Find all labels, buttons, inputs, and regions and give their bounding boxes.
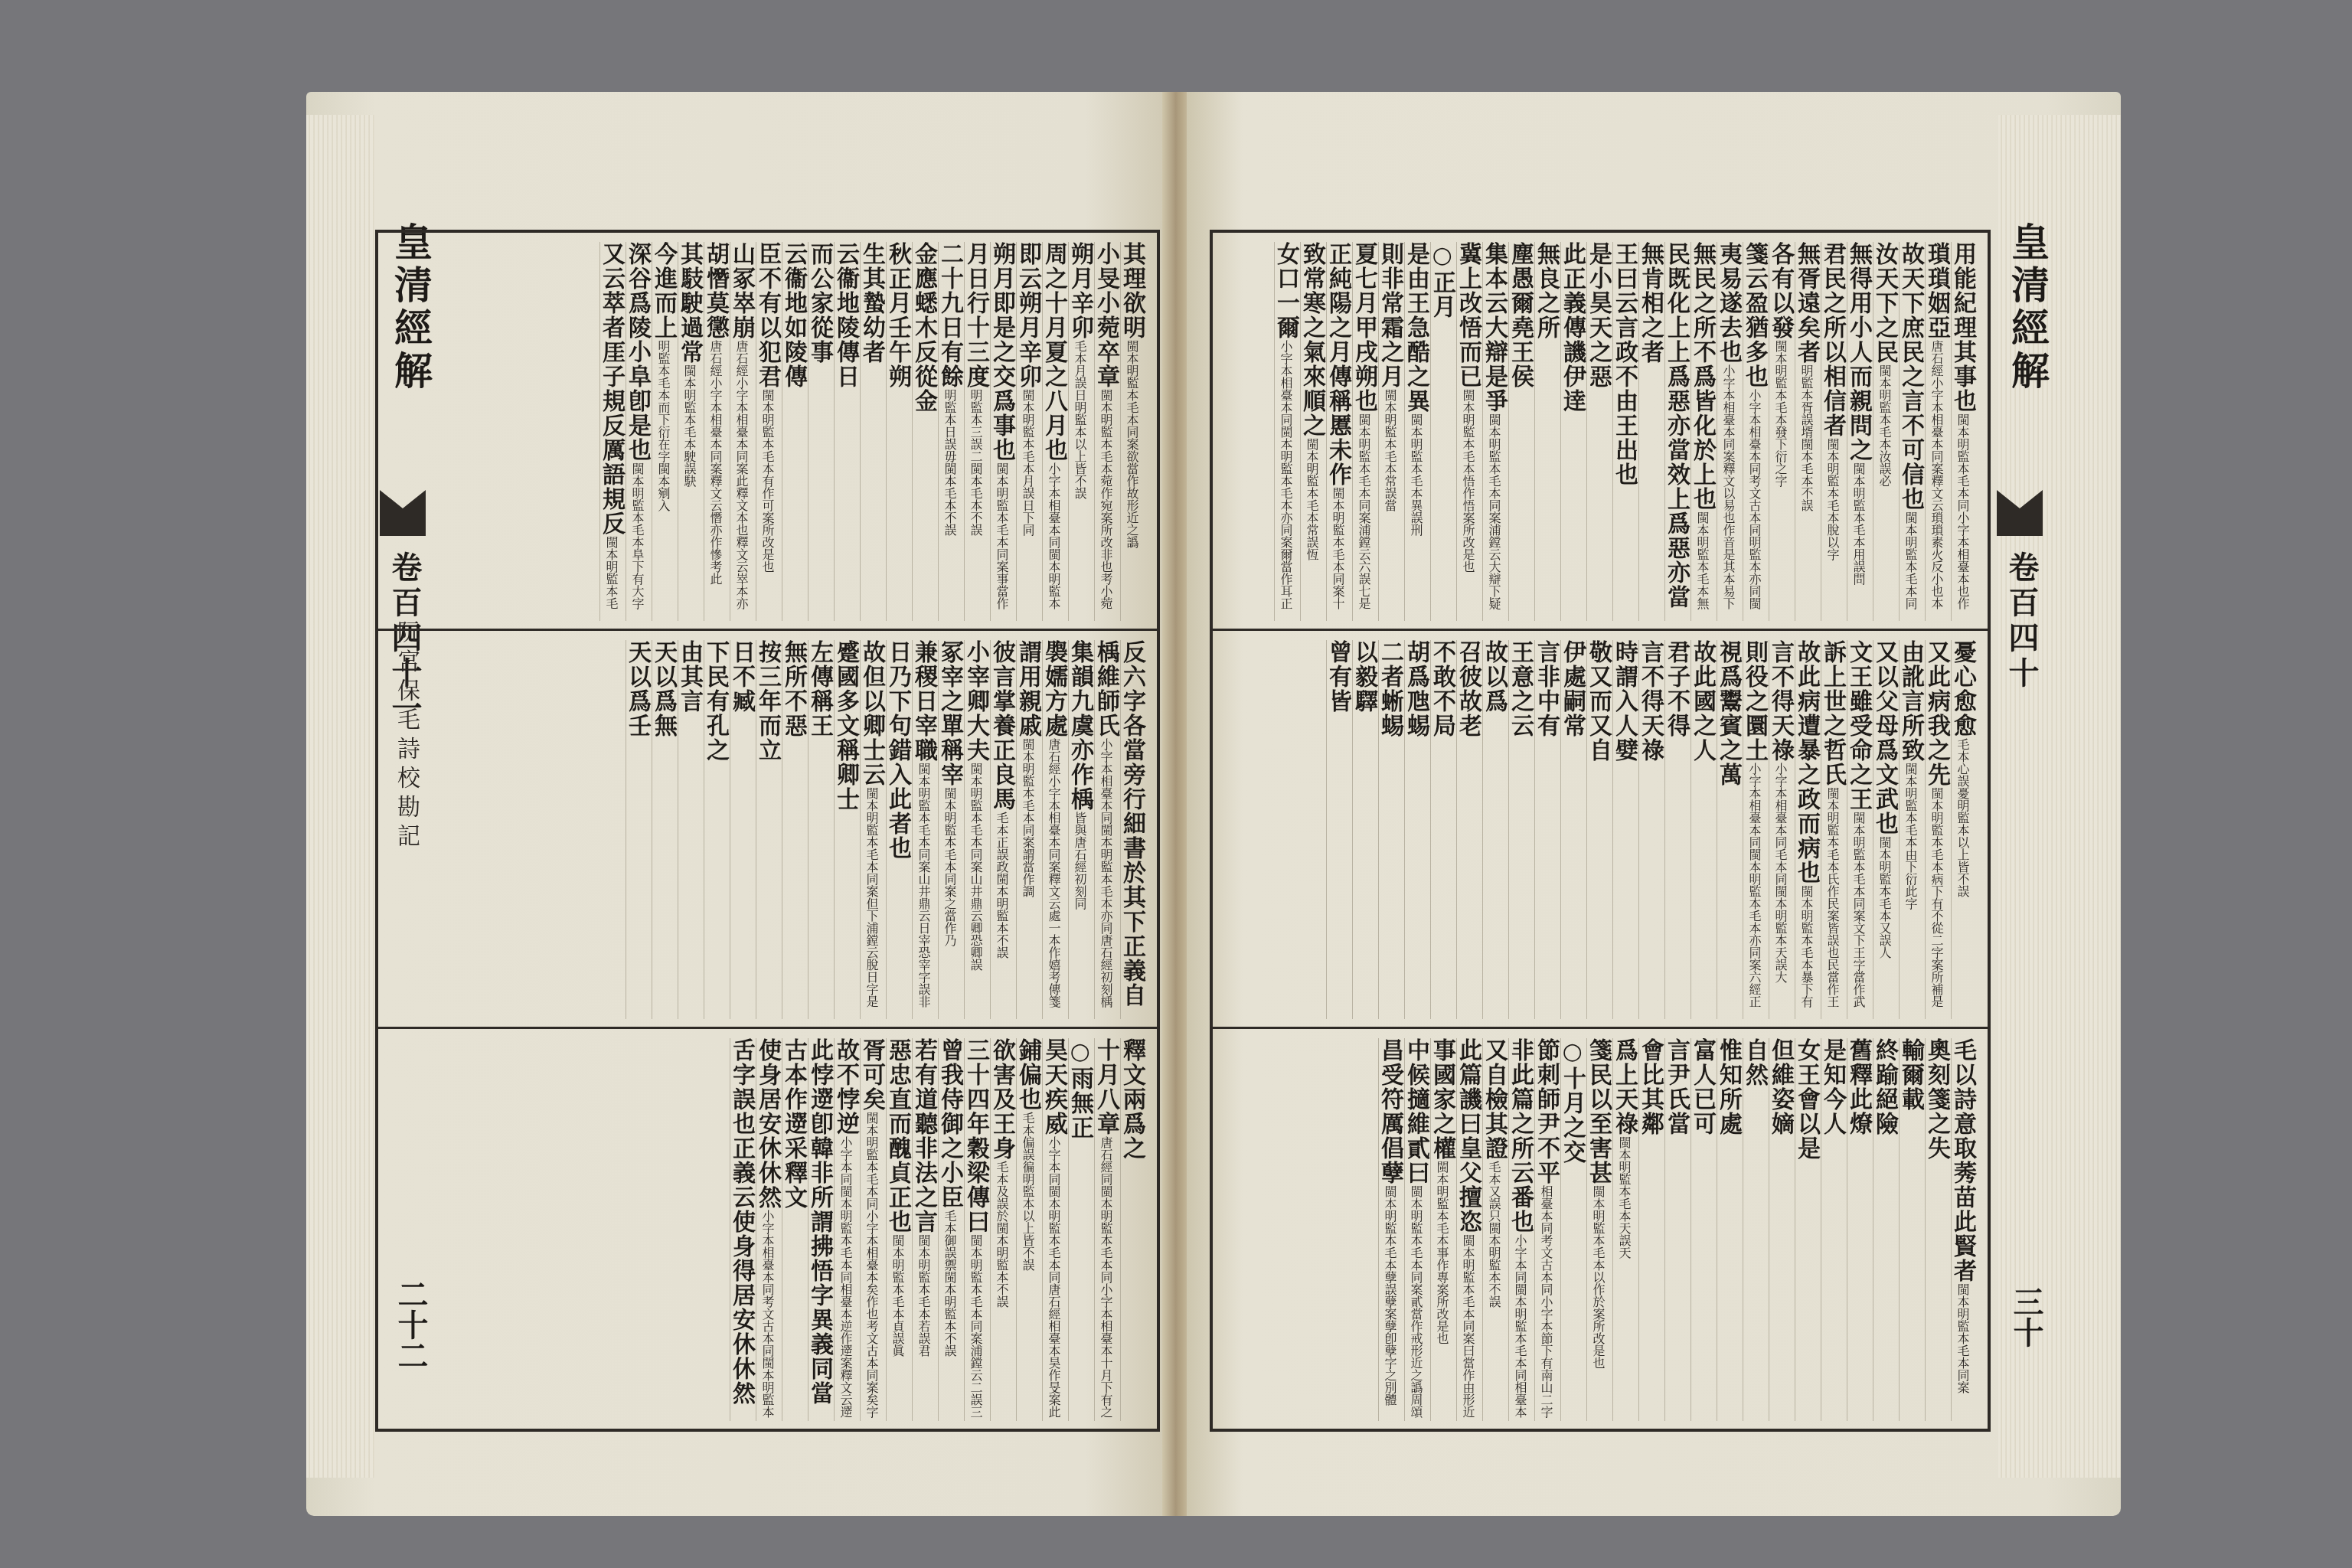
entry-heading: 昊天疾威	[1042, 1038, 1067, 1136]
text-column: 其馶駛過常閩本明監本毛本駛誤駃	[678, 242, 704, 621]
entry-heading: 反六字各當旁行細書於其下正義自爲音者例如此	[1120, 640, 1145, 1008]
text-column: 用能紀理其事也閩本明監本毛本同小字本相臺本也作者考文古本同案者字是也考此箋以紀說…	[1951, 242, 1977, 621]
text-column: 瑣瑣姻亞唐石經小字本相臺本同案釋文云瑣瑣素火反小也本或作璅非也璅音早考文古本作璅…	[1925, 242, 1951, 621]
text-column: 秋正月壬午朔	[886, 242, 912, 621]
entry-annotation: 閩本明監本毛本孽誤孽案孽卽孽字之別體	[1383, 1185, 1397, 1406]
entry-annotation: 閩本明監本毛本天誤天	[1617, 1136, 1632, 1259]
text-column: 伊處嗣常	[1560, 640, 1586, 1019]
entry-annotation: 毛本月誤日明監本以上皆不誤	[1073, 340, 1087, 499]
entry-annotation: 毛本正誤政閩本明監本不誤	[995, 812, 1009, 959]
text-column: 曾我侍御之小臣毛本御誤禦閩本明監本不誤	[938, 1038, 964, 1421]
text-column: 惡忠直而醜貞正也閩本明監本毛本貞誤眞	[886, 1038, 912, 1421]
entry-heading: 用能紀理其事也	[1951, 242, 1976, 413]
text-column: 小旻小菀卒章閩本明監本毛本菀作宛案所改非也考小菀釋文本作菀通志堂改作宛	[1094, 242, 1120, 621]
entry-heading: 二者蜥蜴	[1378, 640, 1403, 738]
entry-heading: 云衞地如陵傳	[782, 242, 807, 389]
entry-heading: 但維姿嫡	[1769, 1038, 1794, 1136]
entry-heading: 無胥遠矣者	[1795, 242, 1820, 364]
entry-heading: 事國家之權	[1430, 1038, 1455, 1161]
text-column: 楀維師氏小字本相臺本同閩本明監本毛本亦同唐石經初刻楀後改楀案五經文字木部云楀氏也…	[1094, 640, 1120, 1019]
entry-heading: 女口一爾	[1274, 242, 1299, 340]
text-column: 二者蜥蜴	[1378, 640, 1404, 1019]
text-column: ○十月之交	[1560, 1038, 1586, 1421]
entry-heading: 此篇譏曰皇父擅恣	[1456, 1038, 1481, 1234]
text-column: 非此篇之所云番也小字本同閩本明監本毛本同相臺本之下有內字案相臺本衍也	[1508, 1038, 1534, 1421]
text-column: 而公家從事	[808, 242, 834, 621]
entry-annotation: 閩本明監本毛本悟作悟案所改是也	[1461, 389, 1475, 573]
text-column: 此正義傳譏伊逹	[1560, 242, 1586, 621]
text-column: 憂心愈愈毛本心誤憂明監本以上皆不誤	[1951, 640, 1977, 1019]
text-column: 山冢崒崩唐石經小字本相臺本同案此釋文本也釋文云崒本亦作卒考正義本是崒字正義云崒者…	[730, 242, 756, 621]
right-band-top: 用能紀理其事也閩本明監本毛本同小字本相臺本也作者考文古本同案者字是也考此箋以紀說…	[1213, 233, 1988, 631]
text-column: 但維姿嫡	[1769, 1038, 1795, 1421]
entry-annotation: 閩本明監本毛本同案之當作乃	[942, 787, 957, 946]
text-column: 言不得天祿小字本相臺本同毛本同閩本明監本天誤大	[1769, 640, 1795, 1019]
entry-heading: 按三年而立	[756, 640, 781, 763]
right-page: 用能紀理其事也閩本明監本毛本同小字本相臺本也作者考文古本同案者字是也考此箋以紀說…	[1187, 92, 2121, 1516]
entry-heading: 朔月辛卯	[1068, 242, 1093, 340]
text-column: 以毅驛	[1352, 640, 1378, 1019]
text-column: 塵愚爾堯王侯	[1508, 242, 1534, 621]
entry-heading: 生其蟄幼者	[860, 242, 885, 364]
entry-heading: 蹙國多文稱卿士	[834, 640, 859, 812]
text-column: 訴上世之哲氏閩本明監本毛本氏作民案皆誤也民當作王與上武字互換而又有譌也	[1821, 640, 1847, 1019]
text-column: 左傳稱王	[808, 640, 834, 1019]
right-band-bottom: 毛以詩意取莠苗此賢者閩本明監本毛本同案奧刻箋之失輸爾載終踰絕險舊釋此燎是知今人女…	[1213, 1029, 1988, 1429]
text-column: 時謂入人嬖	[1612, 640, 1638, 1019]
entry-heading: 褜嬬方處	[1042, 640, 1067, 738]
entry-heading: 古本作遻采釋文	[782, 1038, 807, 1210]
entry-heading: 故但以卿士云	[860, 640, 885, 787]
entry-heading: 故以爲	[1482, 640, 1508, 714]
entry-heading: 謂用親戚	[1016, 640, 1041, 738]
entry-heading: 無得用小人而親問之	[1847, 242, 1872, 462]
text-column: 節刺師尹不平相臺本同考文古本同小字本節下有南山二字閩本明監本毛本節下有彼字案皆衍…	[1534, 1038, 1560, 1421]
text-column: 胡爲虺蜴	[1404, 640, 1430, 1019]
entry-annotation: 明監本胥誤壻閩本毛本不誤	[1799, 364, 1814, 511]
entry-heading: 舌字誤也正義云使身得居安休休然可證	[730, 1038, 755, 1406]
text-column: 日不臧	[730, 640, 756, 1019]
text-column: 十月八章唐石經同閩本明監本毛本同小字本相臺本十月下有之交二字案有者是也序有可證	[1094, 1038, 1120, 1421]
text-column: 集本云大辯是爭閩本明監本毛本同案浦鏜云大辯下疑脫辯字是也本當作注見前	[1482, 242, 1508, 621]
text-column: 其理欲明閩本明監本毛本同案欲當作故形近之譌	[1120, 242, 1146, 621]
entry-heading: 是知今人	[1821, 1038, 1846, 1136]
entry-annotation: 閩本明監本毛本同案欲當作故形近之譌	[1125, 340, 1139, 548]
entry-heading: 不敢不局	[1430, 640, 1455, 738]
entry-annotation: 閩本明監本毛本發下衍之字	[1773, 340, 1788, 487]
text-column: 視爲鬻賓之萬	[1717, 640, 1743, 1019]
entry-annotation: 閩本明監本毛本事作專案所改是也	[1435, 1161, 1449, 1344]
entry-heading: 夏七月甲戌朔也	[1352, 242, 1377, 413]
entry-heading: 是小昊天之惡	[1586, 242, 1612, 389]
right-text-frame: 用能紀理其事也閩本明監本毛本同小字本相臺本也作者考文古本同案者字是也考此箋以紀說…	[1210, 230, 1991, 1432]
entry-heading: 又以父母爲文武也	[1873, 640, 1898, 836]
entry-annotation: 閩本明監本毛本由下衍此字	[1903, 763, 1918, 910]
text-column: 周之十月夏之八月也小字本相臺本同閩本明監本毛本同案釋文以夏八作音正義云兩雖此周十…	[1042, 242, 1068, 621]
entry-annotation: 閩本明監本毛本同案謂當作調	[1021, 738, 1035, 897]
entry-heading: 今進而上	[652, 242, 677, 340]
left-page-edges	[306, 115, 375, 1478]
entry-heading: 舊釋此燎	[1847, 1038, 1872, 1136]
entry-heading: 又此病我之先	[1925, 640, 1950, 787]
text-column: 則非常霜之月閩本明監本毛本常誤當	[1378, 242, 1404, 621]
entry-heading: 箋民以至害甚	[1586, 1038, 1612, 1185]
entry-annotation: 明監本毛本而下衍在字閩本剜入	[656, 340, 671, 511]
entry-heading: 曾有皆	[1326, 640, 1351, 714]
entry-heading: 朔月即是之交爲事也	[990, 242, 1015, 462]
entry-heading: 箋云盈猶多也	[1743, 242, 1768, 389]
entry-heading: 王曰云言政不由王出也	[1612, 242, 1638, 487]
text-column: 反六字各當旁行細書於其下正義自爲音者例如此	[1120, 640, 1146, 1019]
entry-heading: 惡忠直而醜貞正也	[886, 1038, 911, 1234]
entry-heading: 爲上天祿	[1612, 1038, 1638, 1136]
left-band-middle: 反六字各當旁行細書於其下正義自爲音者例如此楀維師氏小字本相臺本同閩本明監本毛本亦…	[378, 631, 1157, 1029]
entry-heading: 以毅驛	[1352, 640, 1377, 714]
entry-heading: 天以爲無	[652, 640, 677, 738]
entry-annotation: 皆與唐石經初刻同	[1073, 812, 1087, 910]
entry-heading: 欲害及王身	[990, 1038, 1015, 1161]
entry-heading: 敬又而又自	[1586, 640, 1612, 763]
entry-annotation: 閩本明監本毛本常誤恆	[1305, 438, 1319, 560]
entry-annotation: 毛本偏誤徧明監本以上皆不誤	[1021, 1112, 1035, 1271]
text-column: 昊天疾威小字本同閩本明監本毛本同唐石經相臺本昊作旻案此釋文本也釋文云旻天疾威本有…	[1042, 1038, 1068, 1421]
text-column: 朔月即是之交爲事也閩本明監本毛本同案事當作會	[990, 242, 1016, 621]
entry-heading: 又自檢其證	[1482, 1038, 1508, 1161]
entry-heading: 胥可矣	[860, 1038, 885, 1112]
entry-heading: 王意之云	[1508, 640, 1534, 738]
text-column: 使身居安休休然小字本相臺本同考文古本同閩本明監本毛本居作舌十行本初刻居後改舌案	[756, 1038, 782, 1421]
entry-heading: 言不得天祿	[1638, 640, 1664, 763]
entry-heading: ○雨無正	[1068, 1038, 1093, 1140]
entry-annotation: 閩本明監本毛本同案	[1955, 1283, 1970, 1393]
entry-heading: 無所不惡	[782, 640, 807, 738]
text-column: 中候擿維貳曰閩本明監本毛本同案貳當作戒形近之譌周頌譜正義引擿維戒可證	[1404, 1038, 1430, 1421]
entry-heading: 冀上改悟而已	[1456, 242, 1481, 389]
entry-heading: 文王雖受命之王	[1847, 640, 1872, 812]
text-column: 故天下庶民之言不可信也閩本明監本毛本同案經作弗傳云庶民之言不可信以不解弗也故正義…	[1899, 242, 1925, 621]
entry-heading: 富人已可	[1690, 1038, 1716, 1136]
text-column: ○正月	[1430, 242, 1456, 621]
entry-heading: 金應蟋木反從金	[912, 242, 937, 413]
entry-heading: 視爲鬻賓之萬	[1717, 640, 1742, 787]
text-column: 故但以卿士云閩本明監本毛本同案但下浦鏜云脫日字是也當在上句又誤作日	[860, 640, 886, 1019]
text-column: 會比其鄰	[1638, 1038, 1664, 1421]
entry-heading: 輸爾載	[1899, 1038, 1924, 1112]
left-text-frame: 其理欲明閩本明監本毛本同案欲當作故形近之譌小旻小菀卒章閩本明監本毛本菀作宛案所改…	[375, 230, 1160, 1432]
entry-heading: 胡憯莫懲	[704, 242, 729, 340]
entry-heading: 無肯相之者	[1638, 242, 1664, 364]
entry-heading: 君子不得	[1664, 640, 1690, 738]
entry-annotation: 毛本及誤於閩本明監本不誤	[995, 1161, 1009, 1308]
open-book: 皇清經解 卷百四十一 阮宮保毛詩校勘記 二十二 其理欲明閩本明監本毛本同案欲當作…	[306, 92, 2121, 1516]
entry-heading: 無民之所不爲皆化於上也	[1690, 242, 1716, 511]
entry-heading: 非此篇之所云番也	[1508, 1038, 1534, 1234]
entry-heading: 即云朔月辛卯	[1016, 242, 1041, 389]
entry-heading: 是由王急酷之異	[1404, 242, 1429, 413]
text-column: 月日行十三度明監本三誤二閩本毛本不誤	[964, 242, 990, 621]
text-column: 釋文兩爲之	[1120, 1038, 1146, 1421]
entry-heading: 云衞地陵傳日	[834, 242, 859, 389]
text-column: 下民有孔之	[704, 640, 730, 1019]
entry-heading: 奧刻箋之失	[1925, 1038, 1950, 1161]
text-column: 臣不有以犯君閩本明監本毛本有作可案所改是也	[756, 242, 782, 621]
text-column: 曾有皆	[1326, 640, 1352, 1019]
text-column: 蹙國多文稱卿士	[834, 640, 860, 1019]
entry-heading: 毛以詩意取莠苗此賢者	[1951, 1038, 1976, 1283]
entry-heading: 塵愚爾堯王侯	[1508, 242, 1534, 389]
entry-annotation: 閩本明監本毛本脫以字	[1825, 438, 1840, 560]
text-column: 則役之圜土小字本相臺本同閩本明監本毛本亦同案六經正誤云作圜誤	[1743, 640, 1769, 1019]
text-column: 無胥遠矣者明監本胥誤壻閩本毛本不誤	[1795, 242, 1821, 621]
text-column: 又以父母爲文武也閩本明監本毛本又誤人	[1873, 640, 1899, 1019]
left-band-bottom: 釋文兩爲之十月八章唐石經同閩本明監本毛本同小字本相臺本十月下有之交二字案有者是也…	[378, 1029, 1157, 1429]
text-column: 深谷爲陵小阜卽是也閩本明監本毛本阜下有大字案所補非也卽當作節耳	[626, 242, 652, 621]
entry-heading: 鋪偏也	[1016, 1038, 1041, 1112]
entry-heading: 召彼故老	[1456, 640, 1481, 738]
entry-heading: 時謂入人嬖	[1612, 640, 1638, 763]
entry-heading: 釋文兩爲之	[1120, 1038, 1145, 1161]
text-column: 又自檢其證毛本又誤只閩本明監本不誤	[1482, 1038, 1508, 1421]
right-margin-volume: 卷百四十	[2000, 551, 2043, 692]
text-column: 惟知所處	[1717, 1038, 1743, 1421]
text-column: 無肯相之者	[1638, 242, 1664, 621]
entry-heading: 言不得天祿	[1769, 640, 1794, 763]
text-column: 鋪偏也毛本偏誤徧明監本以上皆不誤	[1016, 1038, 1042, 1421]
text-column: 褜嬬方處唐石經小字本相臺本同案釋文云處一本作嬉考傳箋一本誤也又此以處與馬爲韻	[1042, 640, 1068, 1019]
entry-annotation: 閩本明監本毛本月誤日下同	[1021, 389, 1035, 536]
text-column: 爲上天祿閩本明監本毛本天誤天	[1612, 1038, 1638, 1421]
entry-annotation: 毛本心誤憂明監本以上皆不誤	[1955, 738, 1970, 897]
entry-heading: ○十月之交	[1560, 1038, 1586, 1165]
text-column: 此悖遻卽韓非所謂拂悟字異義同當以釋文本爲長考文	[808, 1038, 834, 1421]
text-column: 胥可矣閩本明監本毛本同小字本相臺本矣作也考文古本同案矣字誤也	[860, 1038, 886, 1421]
text-column: 終踰絕險	[1873, 1038, 1899, 1421]
entry-heading: 君民之所以相信者	[1821, 242, 1846, 438]
entry-annotation: 閩本明監本毛本同案浦鏜云六誤七是	[1357, 413, 1371, 609]
text-column: 由其言	[678, 640, 704, 1019]
entry-annotation: 閩本明監本毛本常誤當	[1383, 389, 1397, 511]
text-column: 云衞地如陵傳	[782, 242, 808, 621]
entry-annotation: 毛本又誤只閩本明監本不誤	[1487, 1161, 1501, 1308]
entry-annotation: 閩本明監本毛本又誤人	[1877, 836, 1892, 959]
entry-heading: 此悖遻卽韓非所謂拂悟字異義同當以釋文本爲長考文	[808, 1038, 833, 1406]
entry-heading: 中候擿維貳曰	[1404, 1038, 1429, 1185]
entry-heading: 言尹氏當	[1664, 1038, 1690, 1136]
entry-heading: 各有以發	[1769, 242, 1794, 340]
text-column: 王意之云	[1508, 640, 1534, 1019]
entry-heading: 若有道聽非法之言	[912, 1038, 937, 1234]
entry-heading: 深谷爲陵小阜卽是也	[626, 242, 651, 462]
text-column: 舌字誤也正義云使身得居安休休然可證	[730, 1038, 756, 1421]
text-column: 言尹氏當	[1664, 1038, 1690, 1421]
text-column: 自然	[1743, 1038, 1769, 1421]
entry-heading: 秋正月壬午朔	[886, 242, 911, 389]
text-column: 夷易遂去也小字本相臺本同案釋文以易也作音是其本易下有也字考文古本有	[1717, 242, 1743, 621]
entry-heading: 則非常霜之月	[1378, 242, 1403, 389]
text-column: 夏七月甲戌朔也閩本明監本毛本同案浦鏜云六誤七是	[1352, 242, 1378, 621]
left-band-top: 其理欲明閩本明監本毛本同案欲當作故形近之譌小旻小菀卒章閩本明監本毛本菀作宛案所改…	[378, 233, 1157, 631]
text-column: 天以爲無	[652, 640, 678, 1019]
entry-annotation: 閩本明監本毛本貞誤眞	[890, 1234, 905, 1357]
entry-annotation: 閩本明監本毛本若誤君	[916, 1234, 931, 1357]
text-column: 無良之所	[1534, 242, 1560, 621]
entry-heading: 山冢崒崩	[730, 242, 755, 340]
text-column: 是知今人	[1821, 1038, 1847, 1421]
text-column: 君子不得	[1664, 640, 1690, 1019]
entry-heading: 下民有孔之	[704, 640, 729, 763]
text-column: 汝天下之民閩本明監本毛本汝誤必	[1873, 242, 1899, 621]
entry-heading: ○正月	[1430, 242, 1455, 319]
text-column: 文王雖受命之王閩本明監本毛本同案文下王字當作武與下互換	[1847, 640, 1873, 1019]
text-column: 生其蟄幼者	[860, 242, 886, 621]
text-column: 敬又而又自	[1586, 640, 1612, 1019]
text-column: 天以爲壬	[626, 640, 652, 1019]
left-page: 皇清經解 卷百四十一 阮宮保毛詩校勘記 二十二 其理欲明閩本明監本毛本同案欲當作…	[306, 92, 1171, 1516]
entry-heading: 二十九日有餘	[938, 242, 963, 389]
text-column: 欲害及王身毛本及誤於閩本明監本不誤	[990, 1038, 1016, 1421]
text-column: 是由王急酷之異閩本明監本毛本異誤刑	[1404, 242, 1430, 621]
text-column: 昌受符厲倡孽閩本明監本毛本孽誤孽案孽卽孽字之別體	[1378, 1038, 1404, 1421]
right-band-middle: 憂心愈愈毛本心誤憂明監本以上皆不誤又此病我之先閩本明監本毛本病下有不從二字案所補…	[1213, 631, 1988, 1029]
text-column: 女口一爾小字本相臺本同閩本明監本毛本亦同案爾當作耳正義云女口一耳是其證	[1274, 242, 1300, 621]
text-column: 言非中有	[1534, 640, 1560, 1019]
text-column: 故以爲	[1482, 640, 1508, 1019]
entry-heading: 夷易遂去也	[1717, 242, 1742, 364]
entry-annotation: 明監本三誤二閩本毛本不誤	[969, 389, 983, 536]
text-column: 正純陽之月傳稱慝未作閩本明監本毛本同案十行本之王稱剜添者一字	[1326, 242, 1352, 621]
entry-heading: 其馶駛過常	[678, 242, 703, 364]
text-column: 各有以發閩本明監本毛本發下衍之字	[1769, 242, 1795, 621]
text-column: 冢宰之單稱宰閩本明監本毛本同案之當作乃	[938, 640, 964, 1019]
entry-annotation: 唐石經小字本相臺本同案釋文云憯亦作慘考此	[708, 340, 723, 585]
entry-heading: 兼稷日宰職	[912, 640, 937, 763]
entry-heading: 三十四年穀梁傳曰	[964, 1038, 989, 1234]
entry-heading: 其理欲明	[1120, 242, 1145, 340]
entry-heading: 小旻小菀卒章	[1094, 242, 1119, 389]
entry-heading: 無良之所	[1534, 242, 1560, 340]
text-column: 事國家之權閩本明監本毛本事作專案所改是也	[1430, 1038, 1456, 1421]
text-column: 朔月辛卯毛本月誤日明監本以上皆不誤	[1068, 242, 1094, 621]
entry-heading: 由訛言所致	[1899, 640, 1924, 763]
entry-heading: 日不臧	[730, 640, 755, 714]
text-column: 三十四年穀梁傳曰閩本明監本毛本同案浦鏜云二誤三上脫襄字是也	[964, 1038, 990, 1421]
text-column: 二十九日有餘明監本日誤毋閩本毛本不誤	[938, 242, 964, 621]
entry-heading: 則役之圜土	[1743, 640, 1768, 763]
entry-heading: 而公家從事	[808, 242, 833, 364]
entry-heading: 終踰絕險	[1873, 1038, 1898, 1136]
entry-heading: 又云萃者厓子規反厲語規反	[599, 242, 625, 536]
entry-heading: 昌受符厲倡孽	[1378, 1038, 1403, 1185]
entry-annotation: 明監本日誤毋閩本毛本不誤	[942, 389, 957, 536]
entry-heading: 左傳稱王	[808, 640, 833, 738]
entry-heading: 此正義傳譏伊逹	[1560, 242, 1586, 413]
entry-heading: 日乃下句錯入此者也	[886, 640, 911, 861]
text-column: 奧刻箋之失	[1925, 1038, 1951, 1421]
entry-heading: 故不悖逆	[834, 1038, 859, 1136]
text-column: 按三年而立	[756, 640, 782, 1019]
entry-heading: 惟知所處	[1717, 1038, 1742, 1136]
text-column: 云衞地陵傳日	[834, 242, 860, 621]
entry-heading: 會比其鄰	[1638, 1038, 1664, 1136]
text-column: 今進而上明監本毛本而下衍在字閩本剜入	[652, 242, 678, 621]
entry-heading: 言非中有	[1534, 640, 1560, 738]
text-column: 無所不惡	[782, 640, 808, 1019]
text-column: 兼稷日宰職閩本明監本毛本同案山井鼎云日宰恐宰字誤非也此唯宰爲宰字誤耳其日字當作	[912, 640, 938, 1019]
entry-annotation: 閩本明監本毛本以作於案所改是也	[1591, 1185, 1606, 1369]
text-column: 日乃下句錯入此者也	[886, 640, 912, 1019]
entry-heading: 由其言	[678, 640, 703, 714]
entry-annotation: 毛本御誤禦閩本明監本不誤	[942, 1210, 957, 1357]
text-column: 君民之所以相信者閩本明監本毛本脫以字	[1821, 242, 1847, 621]
entry-heading: 冢宰之單稱宰	[938, 640, 963, 787]
text-column: 舊釋此燎	[1847, 1038, 1873, 1421]
text-column: 無民之所不爲皆化於上也閩本明監本毛本無字在之下案皆誤也當云民之所爲無不皆化於上也	[1690, 242, 1717, 621]
text-column: 輸爾載	[1899, 1038, 1925, 1421]
text-column: 小宰卿大夫閩本明監本毛本同案山井鼎云卿恐卿誤	[964, 640, 990, 1019]
entry-heading: 小宰卿大夫	[964, 640, 989, 763]
entry-annotation: 閩本明監本毛本異誤刑	[1409, 413, 1423, 536]
text-column: 故此病遭暴之政而病也閩本明監本毛本暴下有虐字案所補是也上病字衍	[1795, 640, 1821, 1019]
entry-heading: 使身居安休休然	[756, 1038, 781, 1210]
entry-heading: 自然	[1743, 1038, 1768, 1087]
right-page-number: 三十	[2004, 1286, 2048, 1347]
entry-annotation: 閩本明監本毛本同案山井鼎云卿恐卿誤	[969, 763, 983, 971]
entry-heading: 曾我侍御之小臣	[938, 1038, 963, 1210]
entry-heading: 彼言掌養正良馬	[990, 640, 1015, 812]
entry-heading: 楀維師氏	[1094, 640, 1119, 738]
entry-heading: 集韻九虞亦作楀	[1068, 640, 1093, 812]
entry-heading: 臣不有以犯君	[756, 242, 781, 389]
text-column: 故此國之人	[1690, 640, 1717, 1019]
entry-heading: 胡爲虺蜴	[1404, 640, 1429, 738]
text-column: 箋云盈猶多也小字本相臺本同考文古本同明監本亦同閩本毛本初刻盈誤鞠	[1743, 242, 1769, 621]
entry-heading: 十月八章	[1094, 1038, 1119, 1136]
entry-annotation: 閩本明監本毛本駛誤駃	[682, 364, 697, 487]
text-column: 集韻九虞亦作楀皆與唐石經初刻同	[1068, 640, 1094, 1019]
text-column: 致常寒之氣來順之閩本明監本毛本常誤恆	[1300, 242, 1326, 621]
text-column: 由訛言所致閩本明監本毛本由下衍此字	[1899, 640, 1925, 1019]
text-column: 是小昊天之惡	[1586, 242, 1612, 621]
entry-heading: 天以爲壬	[626, 640, 651, 738]
entry-heading: 女王會以是	[1795, 1038, 1820, 1161]
entry-heading: 正純陽之月傳稱慝未作	[1326, 242, 1351, 487]
text-column: 不敢不局	[1430, 640, 1456, 1019]
entry-annotation: 小字本相臺本同毛本同閩本明監本天誤大	[1773, 763, 1788, 983]
text-column: 召彼故老	[1456, 640, 1482, 1019]
right-margin-title: 皇清經解	[2000, 222, 2055, 394]
entry-heading: 故天下庶民之言不可信也	[1899, 242, 1924, 511]
text-column: 富人已可	[1690, 1038, 1717, 1421]
entry-annotation: 閩本明監本毛本用誤問	[1851, 462, 1866, 585]
entry-heading: 周之十月夏之八月也	[1042, 242, 1067, 462]
text-column: 此篇譏曰皇父擅恣閩本明監本毛本同案曰當作由形近之譌	[1456, 1038, 1482, 1421]
entry-heading: 瑣瑣姻亞	[1925, 242, 1950, 340]
text-column: 胡憯莫懲唐石經小字本相臺本同案釋文云憯亦作慘考此	[704, 242, 730, 621]
text-column: 故不悖逆小字本同閩本明監本毛本同相臺本逆作遻案釋文云遻五故反本亦作逆正義云無所悖…	[834, 1038, 860, 1421]
text-column: 即云朔月辛卯閩本明監本毛本月誤日下同	[1016, 242, 1042, 621]
text-column: 謂用親戚閩本明監本毛本同案謂當作調	[1016, 640, 1042, 1019]
entry-heading: 憂心愈愈	[1951, 640, 1976, 738]
text-column: 毛以詩意取莠苗此賢者閩本明監本毛本同案	[1951, 1038, 1977, 1421]
text-column: 言不得天祿	[1638, 640, 1664, 1019]
text-column: 王曰云言政不由王出也	[1612, 242, 1638, 621]
entry-heading: 伊處嗣常	[1560, 640, 1586, 738]
entry-heading: 致常寒之氣來順之	[1300, 242, 1325, 438]
entry-heading: 故此病遭暴之政而病也	[1795, 640, 1820, 885]
text-column: 冀上改悟而已閩本明監本毛本悟作悟案所改是也	[1456, 242, 1482, 621]
text-column: 民既化上上爲惡亦當效上爲惡亦當化上爲善閩本明監本毛本	[1664, 242, 1690, 621]
entry-annotation: 閩本明監本毛本有作可案所改是也	[760, 389, 775, 573]
